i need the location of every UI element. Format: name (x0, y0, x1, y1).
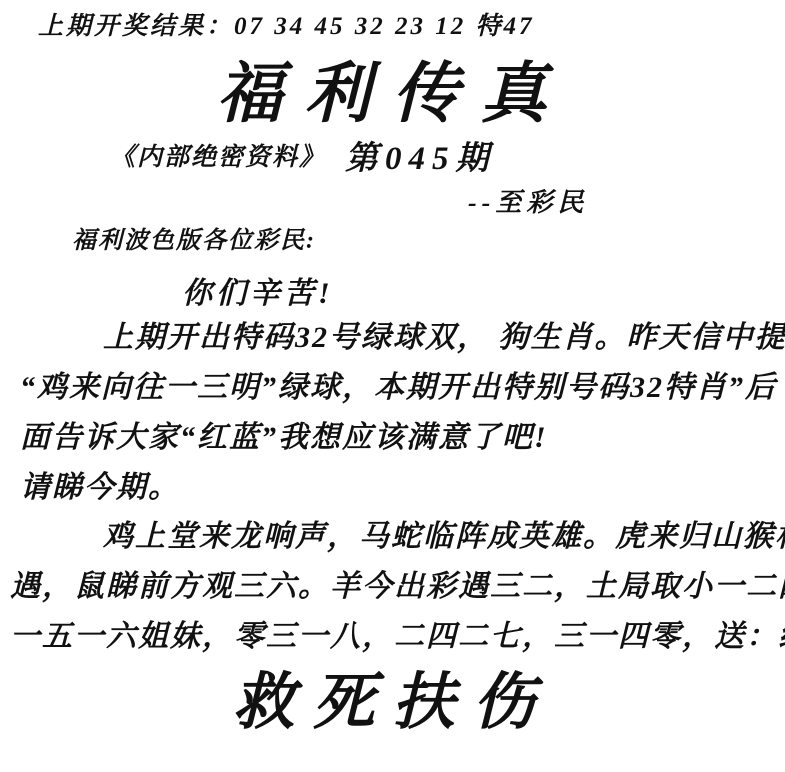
issue-number: 第045期 (345, 132, 496, 179)
paragraph1-line3: 面告诉大家“红蓝”我想应该满意了吧! (20, 412, 548, 456)
paragraph1-line1: 上期开出特码32号绿球双， 狗生肖。昨天信中提供 (103, 312, 785, 356)
secret-material-label: 《内部绝密资料》 (110, 137, 326, 173)
paragraph2-line1: 鸡上堂来龙响声，马蛇临阵成英雄。虎来归山猴相 (103, 511, 785, 555)
greeting-line: 你们辛苦! (182, 268, 334, 312)
paragraph2-line2: 遇，鼠睇前方观三六。羊今出彩遇三二，土局取小一二四。 (10, 561, 785, 605)
paragraph1-line2: “鸡来向往一三明”绿球，本期开出特别号码32特肖”后 (20, 362, 777, 406)
page-title: 福利传真 (0, 40, 785, 135)
lottery-fax-document: 上期开奖结果：07 34 45 32 23 12 特47 福利传真 《内部绝密资… (0, 0, 785, 772)
footer-slogan: 救死扶伤 (0, 652, 785, 741)
salutation-line: 福利波色版各位彩民: (72, 220, 316, 255)
paragraph1-line4: 请睇今期。 (20, 462, 180, 506)
attribution-line: --至彩民 (468, 182, 588, 219)
paragraph2-line3: 一五一六姐妹，零三一八，二四二七，三一四零，送：红蓝 (10, 611, 785, 655)
previous-draw-result: 上期开奖结果：07 34 45 32 23 12 特47 (38, 6, 535, 42)
